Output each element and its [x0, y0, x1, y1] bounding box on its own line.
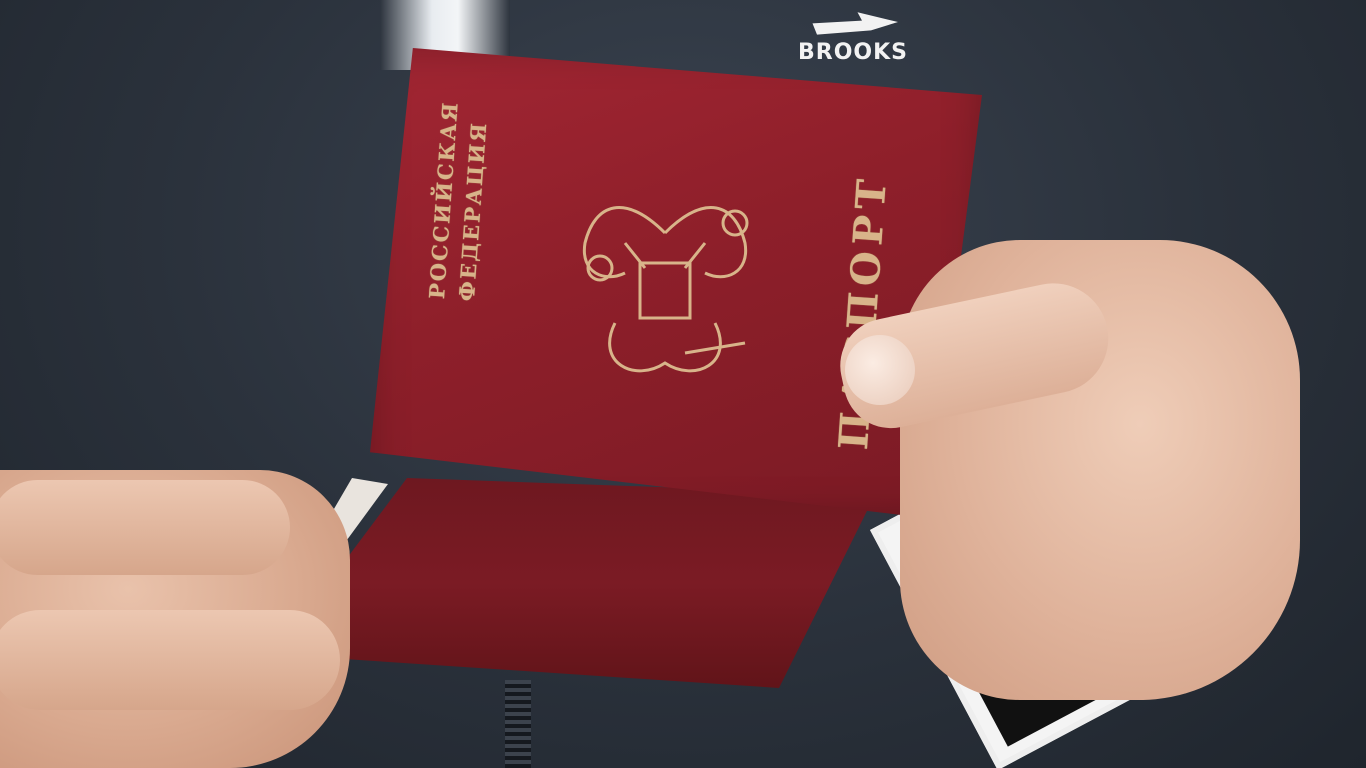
coat-of-arms-icon [555, 173, 775, 393]
left-index-finger [0, 480, 290, 575]
jacket-zipper [505, 680, 531, 768]
left-middle-finger [0, 610, 340, 710]
brooks-swoosh-icon [808, 8, 898, 36]
photo-scene: BROOKS РОССИЙСКАЯ ФЕДЕРАЦИЯ [0, 0, 1366, 768]
thumbnail [845, 335, 915, 405]
